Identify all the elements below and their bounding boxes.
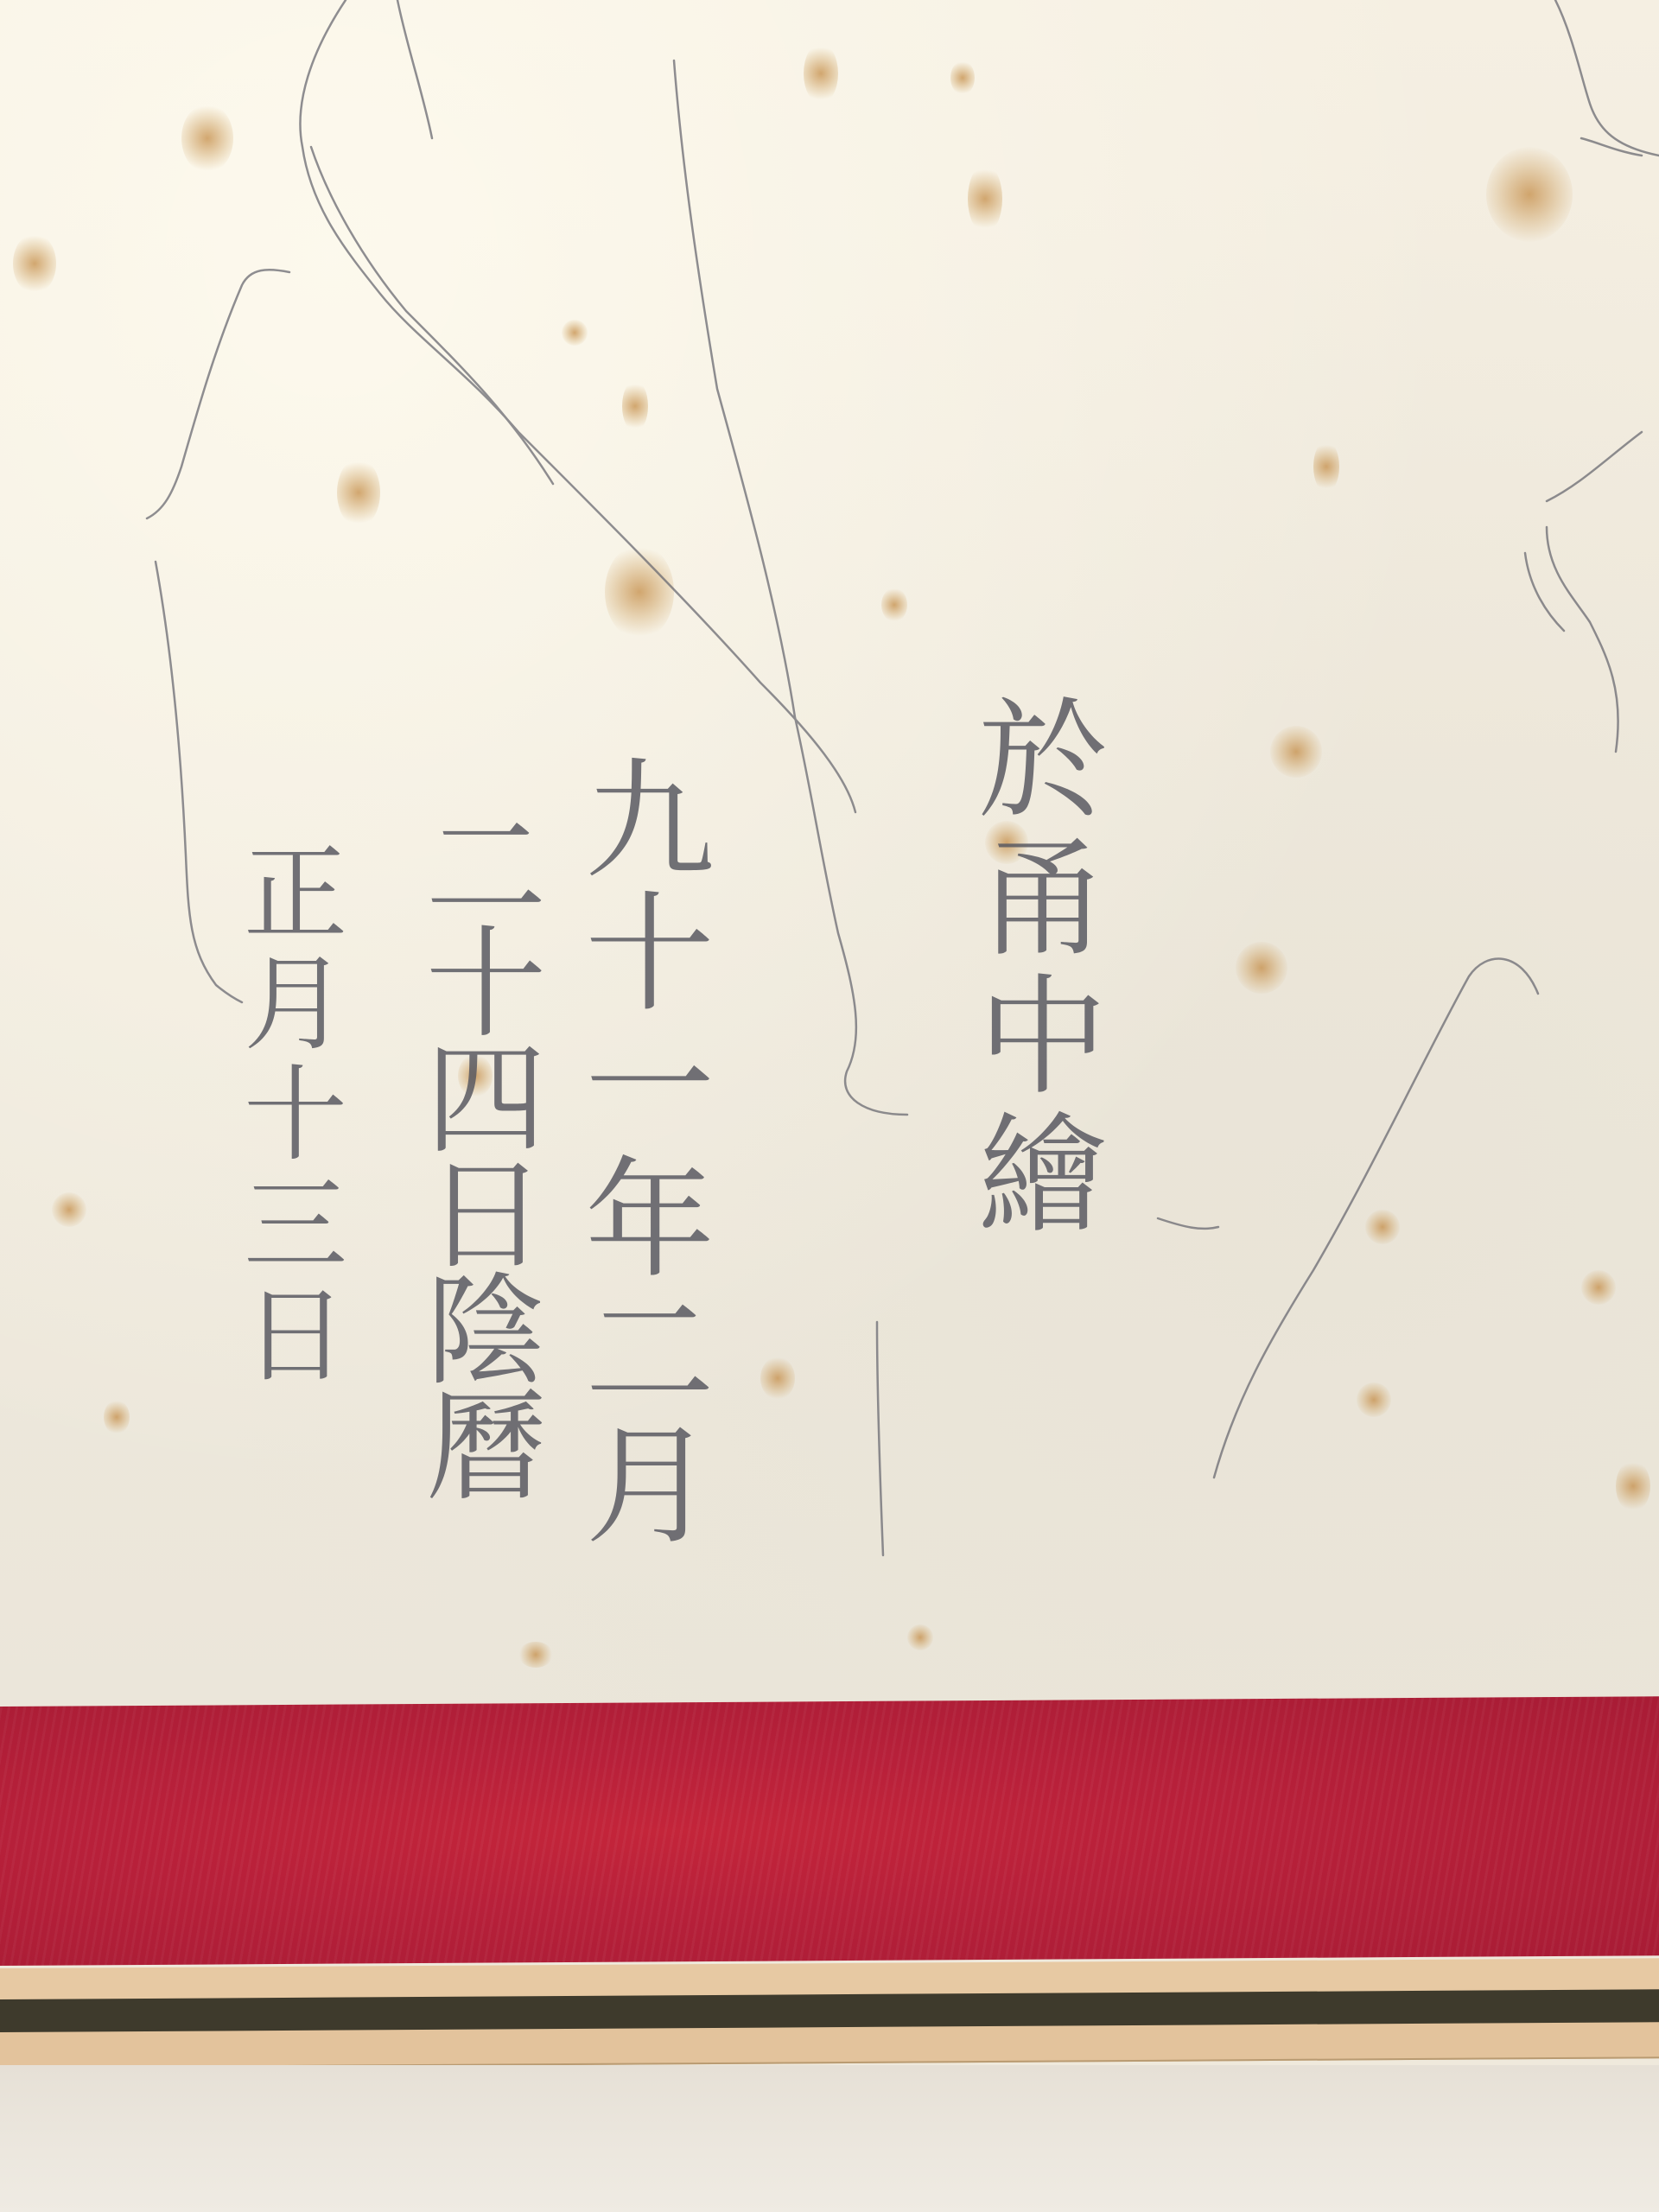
inscription-column-1: 於甬中繪 <box>938 691 1124 1244</box>
inscription-column-2: 九十一年二月 <box>544 752 731 1550</box>
aged-paper: 於甬中繪 九十一年二月 二十四日陰曆 正月十三日 <box>0 0 1659 1715</box>
inscription-column-3: 二十四日陰曆 <box>389 804 563 1498</box>
framed-artwork-photo: 於甬中繪 九十一年二月 二十四日陰曆 正月十三日 <box>0 0 1659 2212</box>
inscription-column-4: 正月十三日 <box>212 838 360 1391</box>
frame-bottom-margin <box>0 2065 1659 2212</box>
red-mat-band <box>0 1696 1659 1966</box>
